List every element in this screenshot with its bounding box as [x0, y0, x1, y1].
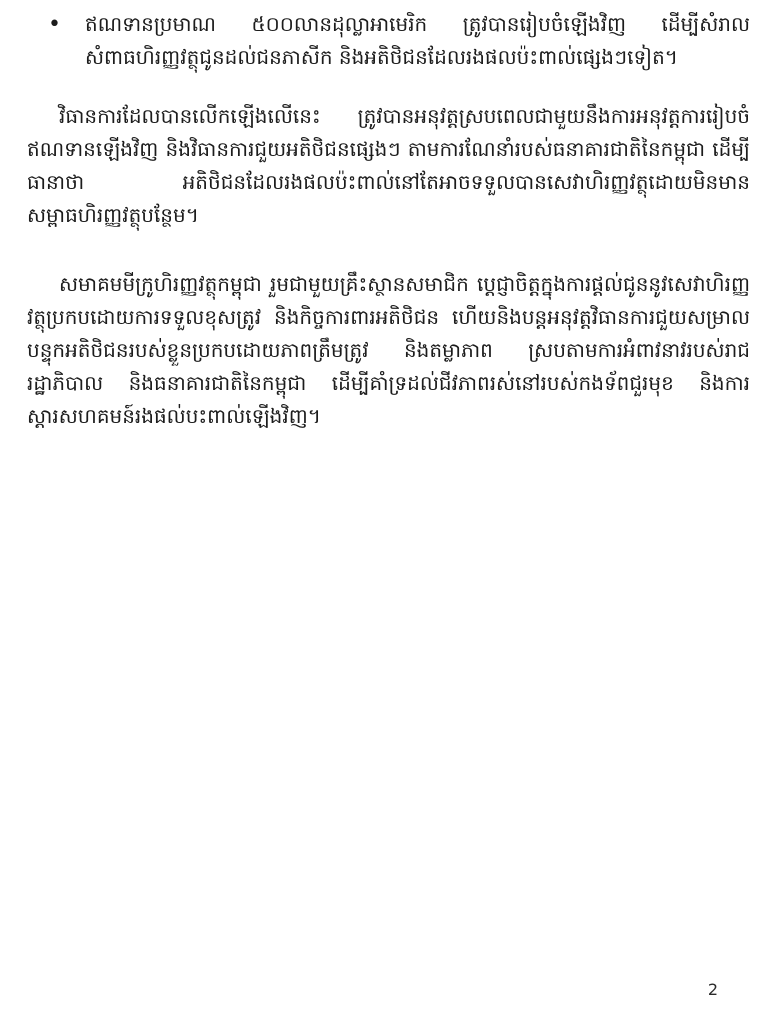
bullet-item-text: ឥណទានប្រមាណ ៥០០លានដុល្លាអាមេរិក ត្រូវបាន…	[85, 8, 750, 74]
bullet-item: • ឥណទានប្រមាណ ៥០០លានដុល្លាអាមេរិក ត្រូវប…	[27, 8, 750, 74]
paragraph-association-commitment: សមាគមមីក្រូហិរញ្ញវត្ថុកម្ពុជា រួមជាមួយគ្…	[27, 268, 750, 433]
page-number: 2	[708, 982, 718, 998]
paragraph-measures: វិធានការដែលបានលើកឡើងលើនេះ ត្រូវបានអនុវត្…	[27, 100, 750, 232]
bullet-marker-icon: •	[48, 8, 85, 41]
document-page: • ឥណទានប្រមាណ ៥០០លានដុល្លាអាមេរិក ត្រូវប…	[0, 0, 778, 1024]
